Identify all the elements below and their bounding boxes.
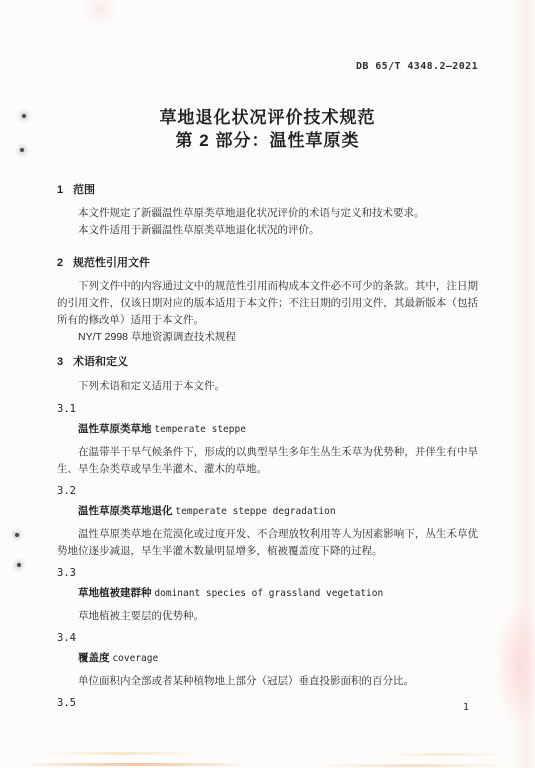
term-zh: 温性草原类草地 [78, 423, 152, 435]
term-definition: 温性草原类草地在荒漠化或过度开发、不合理放牧利用等人为因素影响下，丛生禾草优势地… [57, 526, 478, 560]
page-number: 1 [463, 702, 469, 713]
term-en: coverage [112, 653, 158, 664]
scope-paragraph-1: 本文件规定了新疆温性草原类草地退化状况评价的术语与定义和技术要求。 [57, 205, 478, 222]
term-en: temperate steppe degradation [175, 506, 335, 517]
term-definition: 在温带半干旱气候条件下，形成的以典型旱生多年生丛生禾草为优势种，并伴生有中旱生、… [57, 444, 478, 478]
scanned-standard-page: DB 65/T 4348.2—2021 草地退化状况评价技术规范 第 2 部分：… [0, 0, 535, 768]
term-zh: 温性草原类草地退化 [78, 505, 173, 517]
document-title-line2: 第 2 部分：温性草原类 [0, 129, 535, 152]
document-body: 1范围 本文件规定了新疆温性草原类草地退化状况评价的术语与定义和技术要求。 本文… [57, 176, 478, 710]
scan-bottom-streak [42, 752, 202, 755]
term-title: 草地植被建群种 dominant species of grassland ve… [57, 586, 478, 601]
section-title: 范围 [73, 184, 95, 196]
section-number: 2 [57, 256, 73, 270]
term-title: 覆盖度 coverage [57, 651, 478, 666]
scan-bottom-streak [30, 763, 240, 766]
term-zh: 草地植被建群种 [78, 587, 152, 599]
scan-top-smudge [82, 0, 118, 26]
standard-code: DB 65/T 4348.2—2021 [356, 61, 478, 72]
section-heading-terms: 3术语和定义 [57, 355, 478, 369]
term-number: 3.2 [57, 484, 478, 498]
document-title: 草地退化状况评价技术规范 第 2 部分：温性草原类 [0, 106, 535, 152]
term-number: 3.3 [57, 566, 478, 580]
references-intro: 下列文件中的内容通过文中的规范性引用而构成本文件必不可少的条款。其中，注日期的引… [57, 278, 478, 329]
scope-paragraph-2: 本文件适用于新疆温性草原类草地退化状况的评价。 [57, 222, 478, 239]
section-title: 规范性引用文件 [73, 257, 150, 269]
term-definition: 草地植被主要层的优势种。 [57, 608, 478, 625]
term-title: 温性草原类草地 temperate steppe [57, 422, 478, 437]
document-title-line1: 草地退化状况评价技术规范 [0, 106, 535, 129]
section-title: 术语和定义 [73, 356, 128, 368]
section-number: 3 [57, 355, 73, 369]
section-number: 1 [57, 183, 73, 197]
term-definition: 单位面积内全部或者某种植物地上部分（冠层）垂直投影面积的百分比。 [57, 673, 478, 690]
scan-bottom-streak [320, 764, 505, 767]
scan-pink-blob [495, 600, 535, 730]
term-number: 3.4 [57, 631, 478, 645]
term-en: temperate steppe [154, 424, 246, 435]
term-number: 3.1 [57, 402, 478, 416]
section-heading-references: 2规范性引用文件 [57, 256, 478, 270]
term-title: 温性草原类草地退化 temperate steppe degradation [57, 504, 478, 519]
binder-hole [15, 533, 19, 537]
reference-item: NY/T 2998 草地资源调查技术规程 [57, 329, 478, 346]
term-number: 3.5 [57, 696, 478, 710]
term-en: dominant species of grassland vegetation [154, 588, 383, 599]
term-zh: 覆盖度 [78, 652, 110, 664]
section-heading-scope: 1范围 [57, 183, 478, 197]
terms-intro: 下列术语和定义适用于本文件。 [57, 378, 478, 395]
scan-bottom-streak [385, 753, 505, 756]
binder-hole [17, 563, 21, 567]
